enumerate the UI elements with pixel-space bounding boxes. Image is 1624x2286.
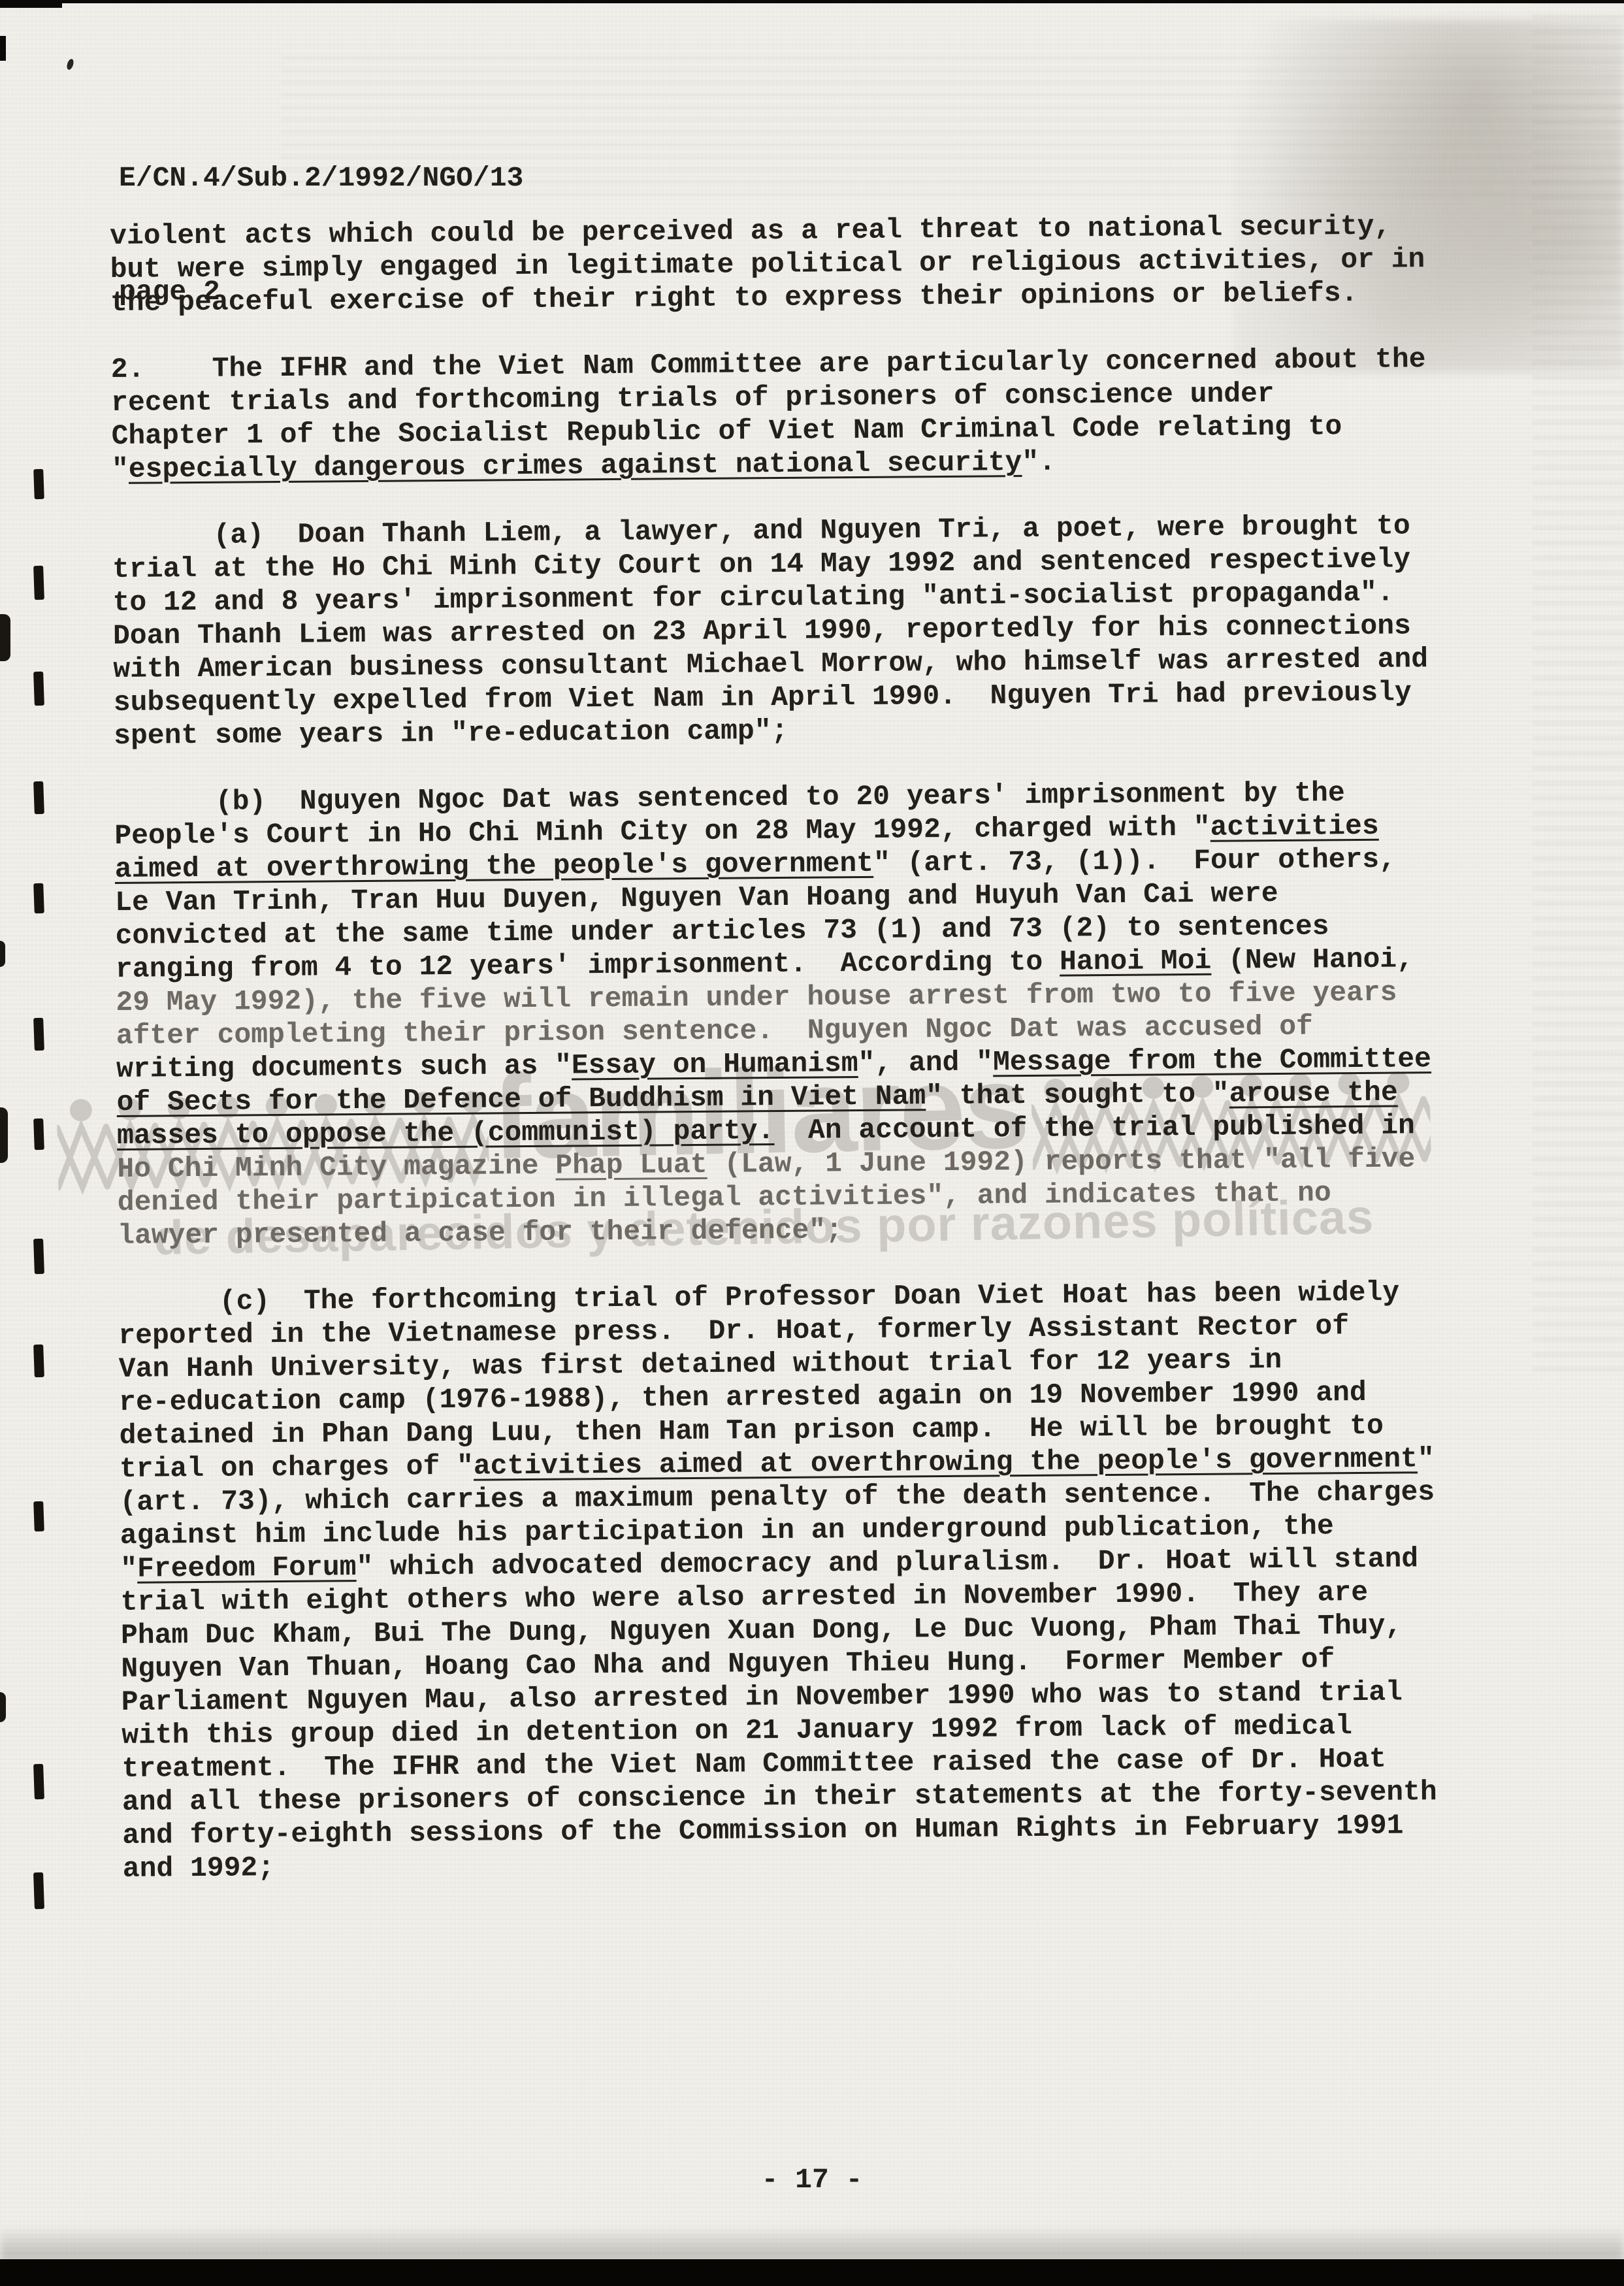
binding-mark xyxy=(33,566,44,600)
binding-mark xyxy=(33,1872,44,1909)
binding-mark xyxy=(33,1764,44,1799)
binding-mark xyxy=(33,1018,44,1051)
document-symbol: E/CN.4/Sub.2/1992/NGO/13 xyxy=(119,159,523,197)
binding-mark xyxy=(33,469,44,499)
scan-edge-tick xyxy=(0,36,6,61)
scan-edge-blob xyxy=(0,941,5,967)
document-body: violent acts which could be perceived as… xyxy=(110,209,1438,1886)
scan-edge-top-left xyxy=(0,0,62,8)
binding-mark xyxy=(33,1119,44,1150)
scan-streaks-right xyxy=(1533,0,1624,1372)
binding-mark xyxy=(33,672,44,706)
binding-mark xyxy=(33,883,44,913)
binding-mark xyxy=(33,1239,44,1274)
binding-mark xyxy=(33,1345,44,1377)
scan-edge-blob xyxy=(0,1692,6,1722)
scan-shadow-bottom xyxy=(0,2227,1624,2261)
binding-mark xyxy=(33,1501,44,1531)
scan-edge-blob xyxy=(0,614,10,661)
scan-edge-bottom-bar xyxy=(0,2259,1624,2286)
scanned-document-page: familiares de desaparecidos y detenidos … xyxy=(0,0,1624,2286)
scan-edge-top xyxy=(0,0,1624,3)
footer-page-number: - 17 - xyxy=(0,2164,1624,2196)
scan-edge-blob xyxy=(0,1107,8,1163)
binding-mark xyxy=(33,781,44,814)
